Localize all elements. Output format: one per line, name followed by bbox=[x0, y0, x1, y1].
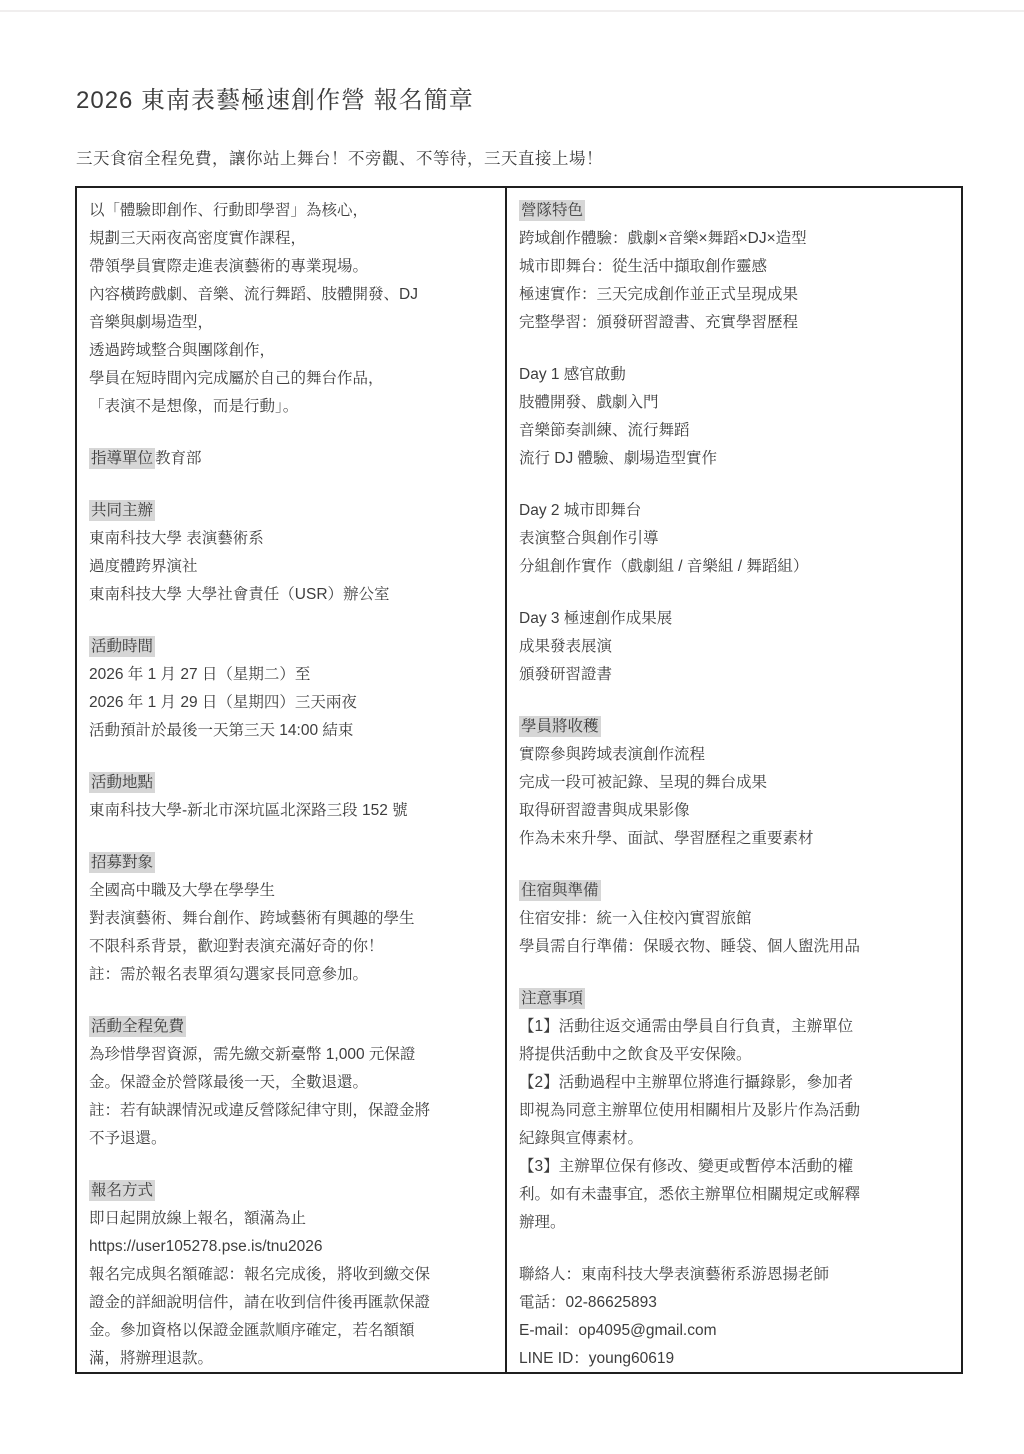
day1-block: Day 1 感官啟動 肢體開發、戲劇入門 音樂節奏訓練、流行舞蹈 流行 DJ 體… bbox=[519, 361, 949, 473]
student-gains-block: 學員將收穫 實際參與跨域表演創作流程 完成一段可被記錄、呈現的舞台成果 取得研習… bbox=[519, 713, 949, 853]
advisor-line: 指導單位教育部 bbox=[89, 445, 493, 473]
day2-block: Day 2 城市即舞台 表演整合與創作引導 分組創作實作（戲劇組 / 音樂組 /… bbox=[519, 497, 949, 581]
notes-body: 【1】活動往返交通需由學員自行負責，主辦單位 將提供活動中之飲食及平安保險。 【… bbox=[519, 1013, 949, 1237]
signup-block: 報名方式 即日起開放線上報名，額滿為止 https://user105278.p… bbox=[89, 1177, 493, 1372]
camp-features-block: 營隊特色 跨域創作體驗：戲劇×音樂×舞蹈×DJ×造型 城市即舞台：從生活中擷取創… bbox=[519, 197, 949, 337]
signup-line1: 即日起開放線上報名，額滿為止 bbox=[89, 1205, 493, 1233]
page-subtitle: 三天食宿全程免費，讓你站上舞台！不旁觀、不等待，三天直接上場！ bbox=[76, 145, 1024, 169]
event-location-block: 活動地點 東南科技大學-新北市深坑區北深路三段 152 號 bbox=[89, 769, 493, 825]
event-time-title: 活動時間 bbox=[89, 636, 155, 657]
coorganizer-body: 東南科技大學 表演藝術系 過度體跨界演社 東南科技大學 大學社會責任（USR）辦… bbox=[89, 525, 493, 609]
target-audience-block: 招募對象 全國高中職及大學在學學生 對表演藝術、舞台創作、跨域藝術有興趣的學生 … bbox=[89, 849, 493, 989]
lodging-title: 住宿與準備 bbox=[519, 880, 601, 901]
target-audience-title: 招募對象 bbox=[89, 852, 155, 873]
coorganizer-title: 共同主辦 bbox=[89, 500, 155, 521]
notes-title: 注意事項 bbox=[519, 988, 585, 1009]
day3-text: Day 3 極速創作成果展 成果發表展演 頒發研習證書 bbox=[519, 605, 949, 689]
signup-rest: 報名完成與名額確認：報名完成後，將收到繳交保 證金的詳細說明信件，請在收到信件後… bbox=[89, 1261, 493, 1372]
contact-text: 聯絡人：東南科技大學表演藝術系游恩揚老師 電話：02-86625893 E-ma… bbox=[519, 1261, 949, 1372]
target-audience-body: 全國高中職及大學在學學生 對表演藝術、舞台創作、跨域藝術有興趣的學生 不限科系背… bbox=[89, 877, 493, 989]
event-location-body: 東南科技大學-新北市深坑區北深路三段 152 號 bbox=[89, 797, 493, 825]
signup-title: 報名方式 bbox=[89, 1180, 155, 1201]
advisor-block: 指導單位教育部 bbox=[89, 445, 493, 473]
fee-block: 活動全程免費 為珍惜學習資源，需先繳交新臺幣 1,000 元保證 金。保證金於營… bbox=[89, 1013, 493, 1153]
student-gains-title: 學員將收穫 bbox=[519, 716, 601, 737]
lodging-block: 住宿與準備 住宿安排：統一入住校內實習旅館 學員需自行準備：保暖衣物、睡袋、個人… bbox=[519, 877, 949, 961]
advisor-label: 指導單位 bbox=[89, 448, 155, 469]
event-time-body: 2026 年 1 月 27 日（星期二）至 2026 年 1 月 29 日（星期… bbox=[89, 661, 493, 745]
day3-block: Day 3 極速創作成果展 成果發表展演 頒發研習證書 bbox=[519, 605, 949, 689]
document-page: 2026 東南表藝極速創作營 報名簡章 三天食宿全程免費，讓你站上舞台！不旁觀、… bbox=[0, 0, 1024, 1454]
intro-block: 以「體驗即創作、行動即學習」為核心， 規劃三天兩夜高密度實作課程， 帶領學員實際… bbox=[89, 197, 493, 421]
fee-title: 活動全程免費 bbox=[89, 1016, 186, 1037]
left-column: 以「體驗即創作、行動即學習」為核心， 規劃三天兩夜高密度實作課程， 帶領學員實際… bbox=[77, 188, 507, 1372]
scan-artifact-line bbox=[0, 10, 1024, 12]
day2-text: Day 2 城市即舞台 表演整合與創作引導 分組創作實作（戲劇組 / 音樂組 /… bbox=[519, 497, 949, 581]
camp-features-body: 跨域創作體驗：戲劇×音樂×舞蹈×DJ×造型 城市即舞台：從生活中擷取創作靈感 極… bbox=[519, 225, 949, 337]
advisor-value: 教育部 bbox=[155, 450, 202, 467]
lodging-body: 住宿安排：統一入住校內實習旅館 學員需自行準備：保暖衣物、睡袋、個人盥洗用品 bbox=[519, 905, 949, 961]
page-title: 2026 東南表藝極速創作營 報名簡章 bbox=[76, 80, 1024, 115]
day1-text: Day 1 感官啟動 肢體開發、戲劇入門 音樂節奏訓練、流行舞蹈 流行 DJ 體… bbox=[519, 361, 949, 473]
contact-block: 聯絡人：東南科技大學表演藝術系游恩揚老師 電話：02-86625893 E-ma… bbox=[519, 1261, 949, 1372]
coorganizer-block: 共同主辦 東南科技大學 表演藝術系 過度體跨界演社 東南科技大學 大學社會責任（… bbox=[89, 497, 493, 609]
fee-body: 為珍惜學習資源，需先繳交新臺幣 1,000 元保證 金。保證金於營隊最後一天，全… bbox=[89, 1041, 493, 1153]
student-gains-body: 實際參與跨域表演創作流程 完成一段可被記錄、呈現的舞台成果 取得研習證書與成果影… bbox=[519, 741, 949, 853]
info-table: 以「體驗即創作、行動即學習」為核心， 規劃三天兩夜高密度實作課程， 帶領學員實際… bbox=[75, 186, 963, 1374]
signup-url: https://user105278.pse.is/tnu2026 bbox=[89, 1233, 493, 1261]
camp-features-title: 營隊特色 bbox=[519, 200, 585, 221]
intro-text: 以「體驗即創作、行動即學習」為核心， 規劃三天兩夜高密度實作課程， 帶領學員實際… bbox=[89, 197, 493, 421]
event-location-title: 活動地點 bbox=[89, 772, 155, 793]
notes-block: 注意事項 【1】活動往返交通需由學員自行負責，主辦單位 將提供活動中之飲食及平安… bbox=[519, 985, 949, 1237]
right-column: 營隊特色 跨域創作體驗：戲劇×音樂×舞蹈×DJ×造型 城市即舞台：從生活中擷取創… bbox=[507, 188, 961, 1372]
event-time-block: 活動時間 2026 年 1 月 27 日（星期二）至 2026 年 1 月 29… bbox=[89, 633, 493, 745]
